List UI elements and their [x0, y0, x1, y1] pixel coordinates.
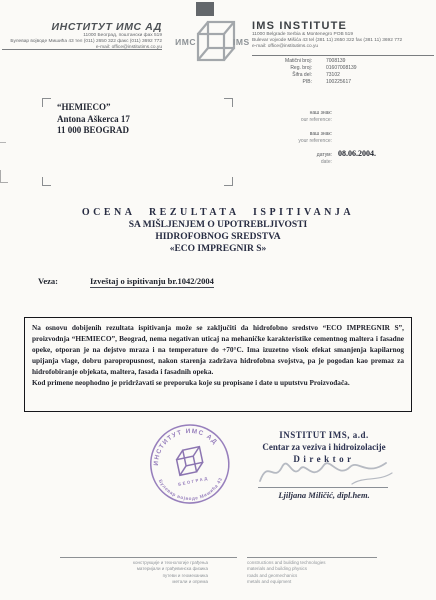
- recipient-name: “HEMIECO”: [57, 102, 130, 114]
- registry-value: 73102: [326, 72, 340, 79]
- date-value: 08.06.2004.: [338, 149, 376, 158]
- logo-text-latin: IMS: [233, 37, 250, 47]
- date-label-en: date:: [270, 159, 332, 165]
- stamp-city-text: БЕОГРАД: [178, 475, 210, 486]
- signature-org: INSTITUT IMS, a.d.: [240, 430, 408, 440]
- fold-mark: [0, 170, 8, 183]
- crop-mark: [42, 98, 51, 107]
- letterhead-left: ИНСТИТУТ ИМС АД 11000 Београд, поштански…: [0, 21, 162, 51]
- fold-mark: [0, 142, 6, 143]
- registry-label: Šifra del:: [252, 72, 312, 79]
- registry-value: 01607008139: [326, 65, 357, 72]
- title-line-2: SA MIŠLJENJEM O UPOTREBLJIVOSTI: [0, 220, 436, 230]
- title-line-3: HIDROFOBNOG SREDSTVA: [0, 232, 436, 242]
- recipient-address: “HEMIECO” Antona Aškerca 17 11 000 BEOGR…: [57, 102, 130, 137]
- registry-row: Matični broj: 7008139: [252, 58, 434, 65]
- stamp-cube-icon: [175, 447, 204, 476]
- institute-round-stamp: ИНСТИТУТ ИМС АД Булевар војводе Мишића 4…: [138, 415, 242, 515]
- footer-divider-right: [247, 557, 377, 558]
- registry-row: PIB: 100225617: [252, 79, 434, 86]
- crop-mark: [42, 177, 51, 186]
- crop-mark: [224, 98, 233, 107]
- registry-label: Matični broj:: [252, 58, 312, 65]
- our-reference-label-sr: наш знак:: [270, 110, 332, 116]
- reference-line-label: Veza:: [38, 276, 58, 286]
- conclusion-box: Na osnovu dobijenih rezultata ispitivanj…: [24, 317, 412, 412]
- conclusion-paragraph-1: Na osnovu dobijenih rezultata ispitivanj…: [32, 322, 404, 377]
- our-reference-label-en: our reference:: [270, 117, 332, 123]
- scanned-letter-page: ИНСТИТУТ ИМС АД 11000 Београд, поштански…: [0, 0, 436, 600]
- org-name-latin: IMS INSTITUTE: [252, 20, 434, 32]
- title-line-4: «ECO IMPREGNIR S»: [0, 244, 436, 254]
- handwritten-signature: [252, 451, 397, 489]
- footer-departments-english: constructions and building technologies …: [247, 560, 326, 586]
- stamp-top-text: ИНСТИТУТ ИМС АД: [147, 422, 221, 467]
- top-registration-square: [196, 2, 214, 16]
- reference-line-value: Izveštaj o ispitivanju br.1042/2004: [90, 276, 214, 288]
- your-reference-label-sr: ваш знак:: [270, 131, 332, 137]
- registry-value: 100225617: [326, 79, 351, 86]
- document-title: OCENA REZULTATA ISPITIVANJA SA MIŠLJENJE…: [0, 207, 436, 254]
- crop-mark: [224, 177, 233, 186]
- email-line: e-mail: office@institutims.co.yu: [0, 45, 162, 51]
- footer-departments-cyrillic: конструкције и технологије грађења матер…: [60, 560, 208, 586]
- registry-label: Reg. broj:: [252, 65, 312, 72]
- header-divider-left: [2, 49, 162, 50]
- your-reference-label-en: your reference:: [270, 138, 332, 144]
- letterhead-right: IMS INSTITUTE 11000 Belgrade Serbia & Mo…: [252, 20, 434, 50]
- signature-rule: [258, 487, 388, 488]
- registry-label: PIB:: [252, 79, 312, 86]
- email-line: e-mail: office@institutims.co.yu: [252, 44, 434, 50]
- conclusion-paragraph-2: Kod primene neophodno je pridržavati se …: [32, 377, 404, 388]
- ims-cube-logo-icon: [196, 20, 236, 64]
- recipient-street: Antona Aškerca 17: [57, 114, 130, 126]
- registry-row: Šifra del: 73102: [252, 72, 434, 79]
- title-line-1: OCENA REZULTATA ISPITIVANJA: [0, 207, 436, 218]
- footer-line: метали и опрема: [60, 579, 208, 585]
- footer-line: metals and equipment: [247, 579, 326, 585]
- registry-row: Reg. broj: 01607008139: [252, 65, 434, 72]
- org-name-cyrillic: ИНСТИТУТ ИМС АД: [0, 21, 162, 33]
- registry-value: 7008139: [326, 58, 345, 65]
- svg-text:ИНСТИТУТ ИМС АД: ИНСТИТУТ ИМС АД: [147, 422, 221, 467]
- date-label-sr: датум:: [270, 152, 332, 158]
- recipient-city: 11 000 BEOGRAD: [57, 125, 130, 137]
- header-divider-right: [252, 55, 434, 56]
- logo-text-cyrillic: ИМС: [168, 37, 196, 47]
- footer-divider-left: [60, 557, 237, 558]
- signer-name: Ljiljana Miličić, dipl.hem.: [240, 490, 408, 500]
- registry-table: Matični broj: 7008139 Reg. broj: 0160700…: [252, 58, 434, 86]
